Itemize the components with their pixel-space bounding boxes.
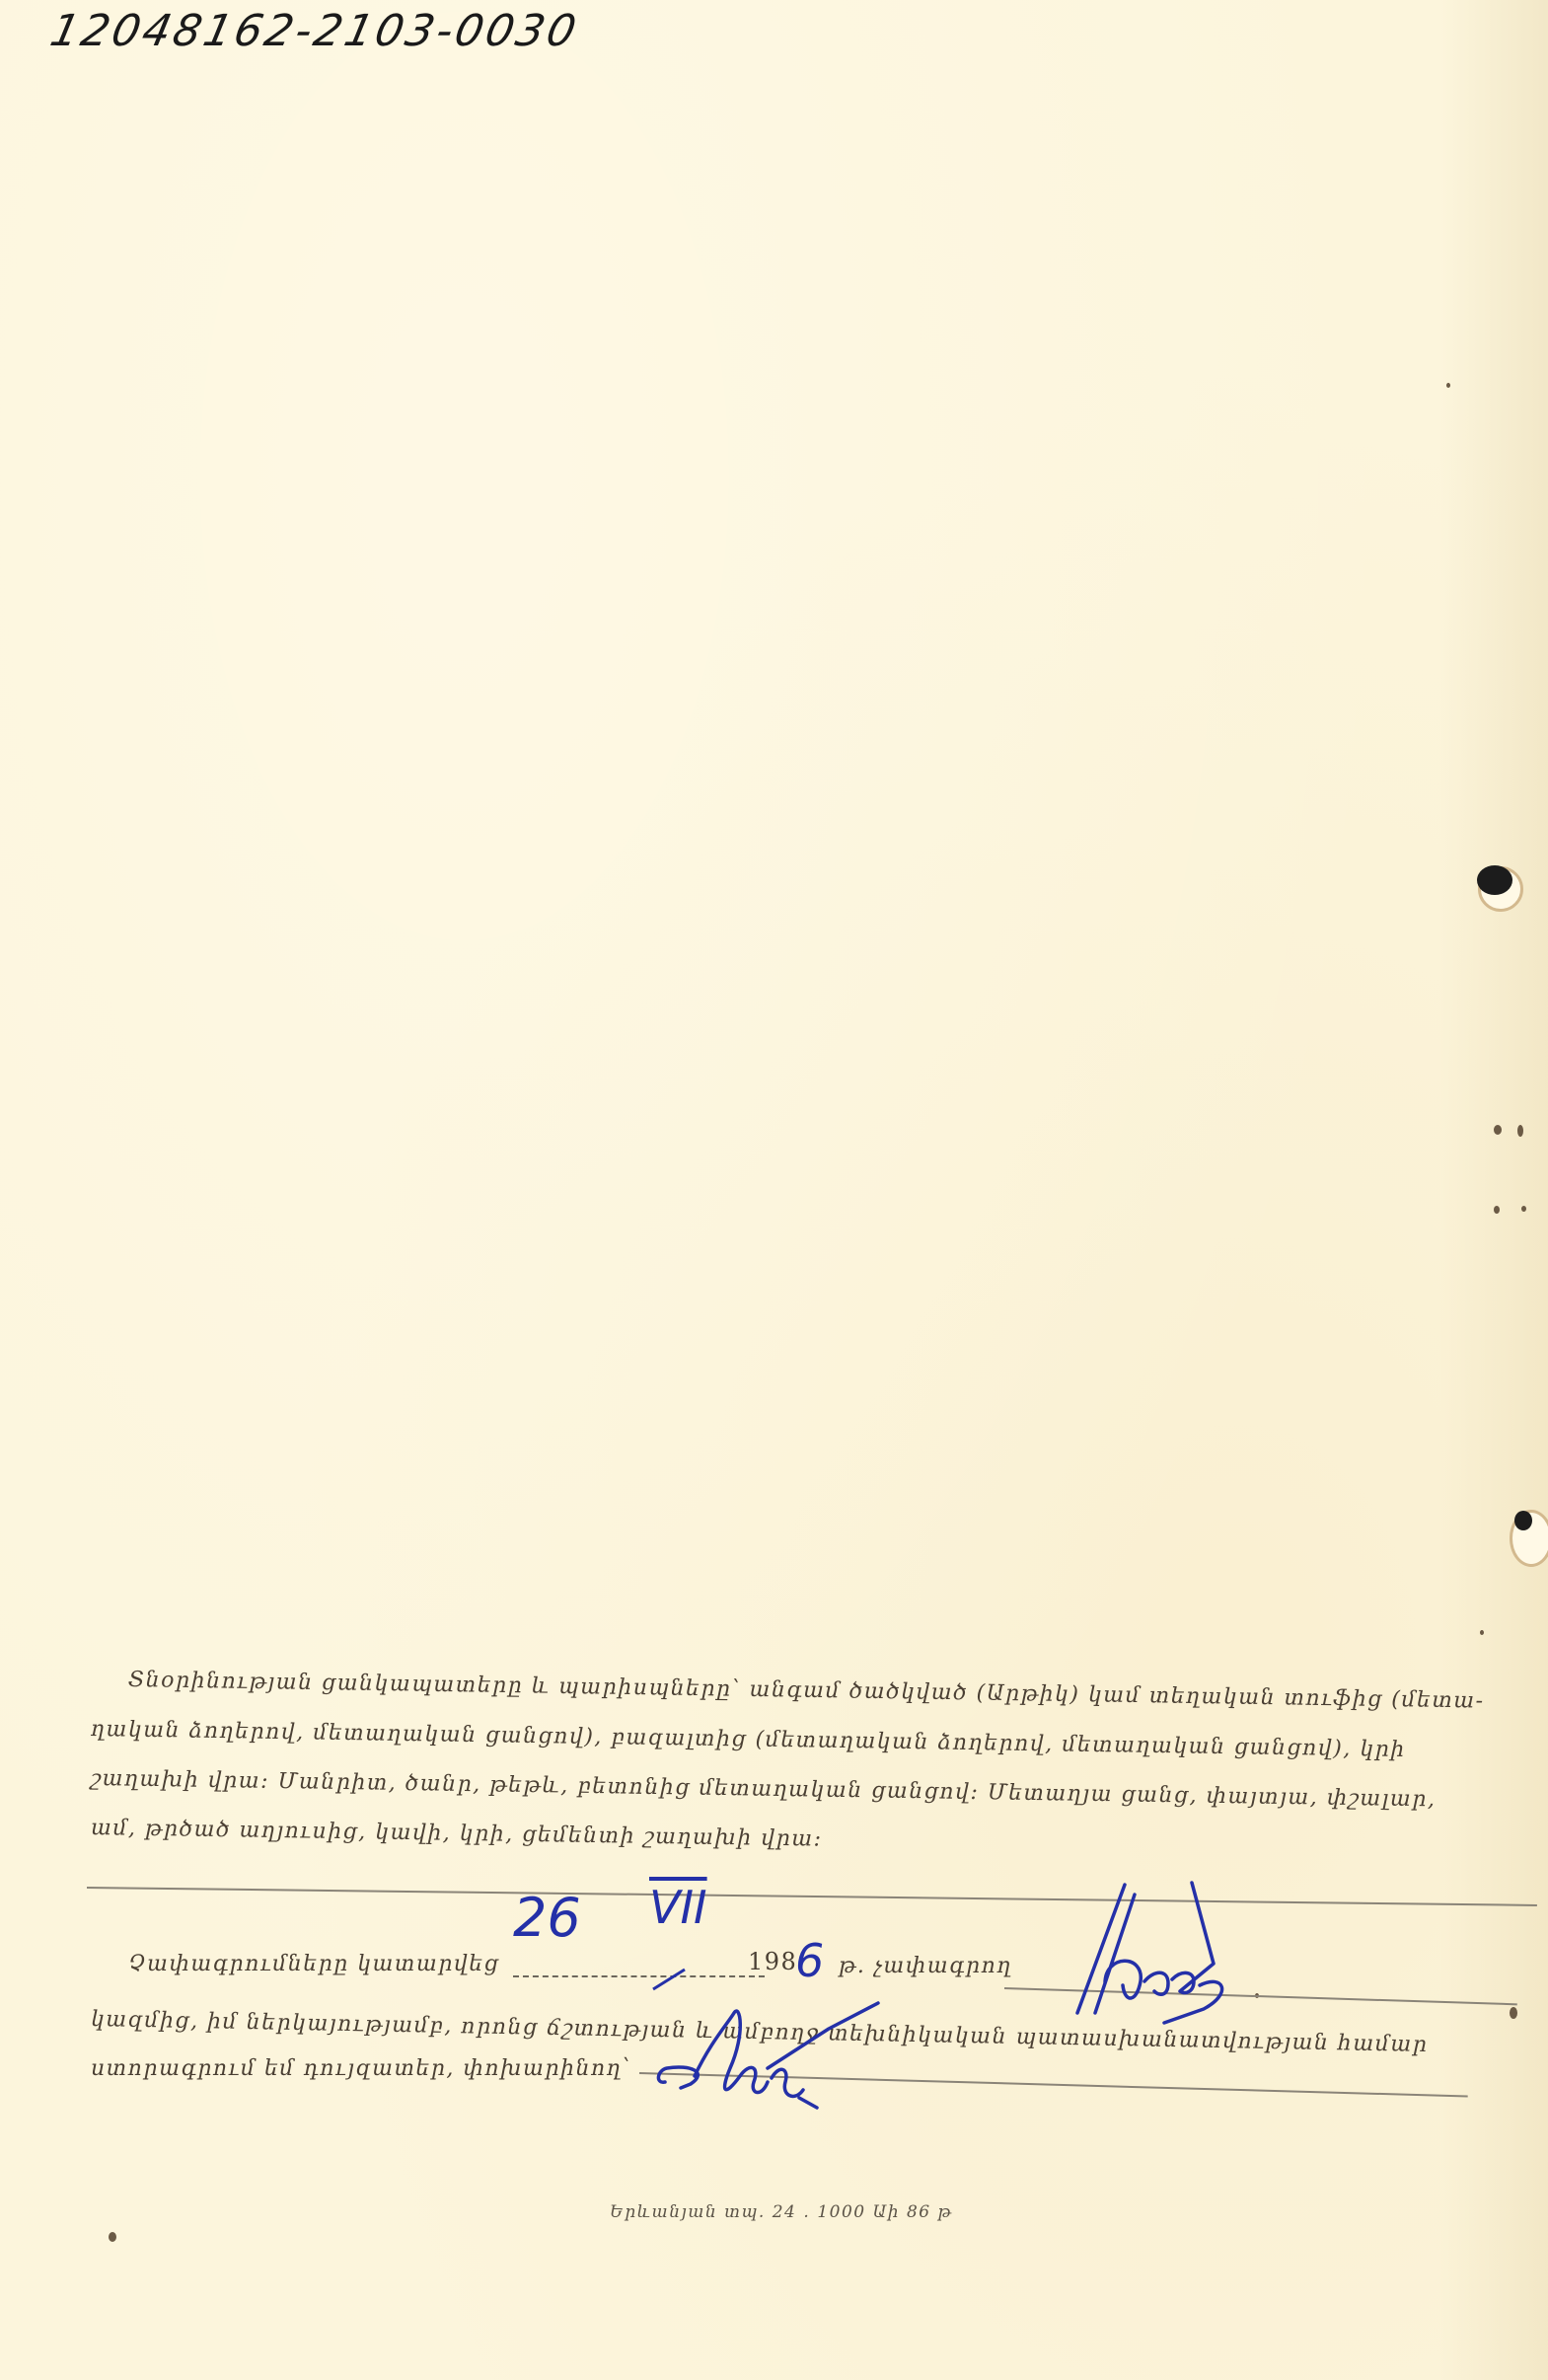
paper-speck (1510, 2007, 1517, 2019)
handwritten-day: 26 (513, 1887, 581, 1949)
handwritten-month: VII (649, 1881, 707, 1934)
punch-hole-lower (1510, 1510, 1548, 1567)
paper-speck (1521, 1206, 1526, 1212)
signature-witness (651, 1973, 908, 2112)
paragraph-1-line-1: Տնօրինության ցանկապատերը և պարիսպները՝ ա… (128, 1668, 1485, 1714)
paper-speck (1480, 1630, 1484, 1635)
footer-print-info: Երևանյան տպ. 24 ․ 1000 Աի 86 թ (610, 2202, 952, 2222)
divider-line (87, 1887, 1537, 1906)
paper-speck (1494, 1125, 1502, 1135)
punch-hole-shadow (1514, 1511, 1532, 1530)
year-printed: 198 (748, 1948, 797, 1975)
signature-surveyor (1066, 1875, 1263, 2033)
paragraph-1-line-4: ամ, թրծած աղյուսից, կավի, կրի, ցեմենտի շ… (91, 1816, 823, 1852)
punch-hole-shadow (1477, 865, 1512, 895)
paragraph-2-line-3: ստորագրում եմ դույզատեր, փոխարինող՝ (91, 2056, 631, 2081)
punch-hole-upper (1478, 866, 1523, 912)
paragraph-1-line-2: ղական ձողերով, մետաղական ցանցով), բազալտ… (91, 1717, 1406, 1762)
paragraph-2-line-1-prefix: Չափագրումները կատարվեց (128, 1952, 499, 1976)
paper-speck (1446, 383, 1450, 388)
paragraph-1-line-3: շաղախի վրա։ Մանրիտ, ծանր, թեթև, բետոնից … (91, 1766, 1437, 1812)
paper-speck (1517, 1125, 1523, 1137)
paper-speck (109, 2232, 116, 2242)
archive-number: 12048162-2103-0030 (46, 6, 584, 56)
paper-speck (1494, 1206, 1500, 1214)
